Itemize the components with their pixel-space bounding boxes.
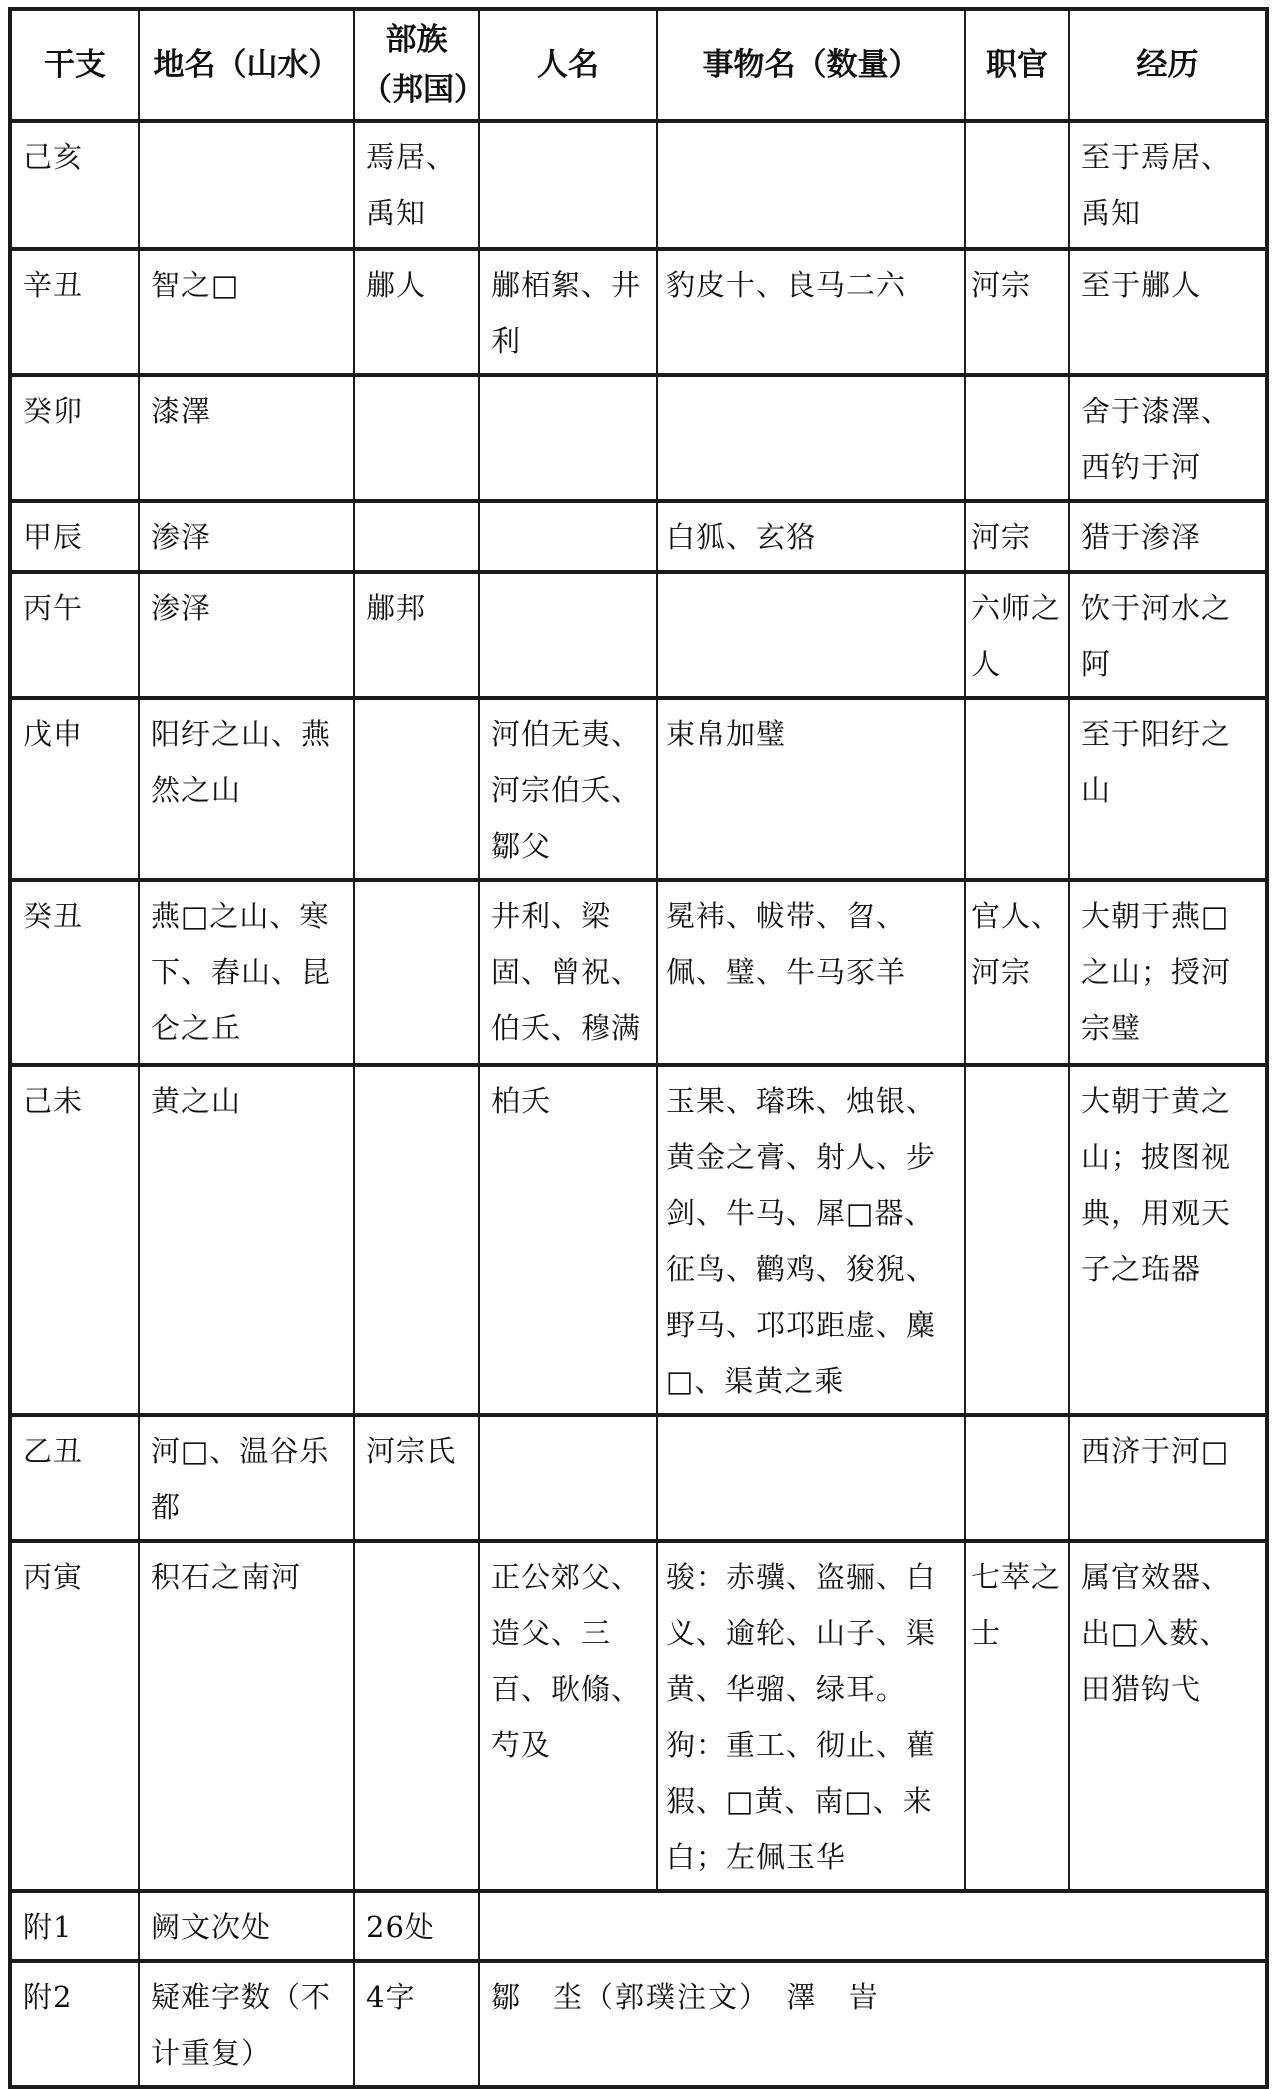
column-header-ganzhi: 干支 — [10, 9, 139, 121]
cell-exp: 至于焉居、禹知 — [1069, 121, 1267, 249]
cell-ganzhi: 丙午 — [10, 572, 139, 698]
cell-tribe — [354, 1065, 479, 1415]
cell-tribe: 䣙人 — [354, 249, 479, 375]
table-row-jihai: 己亥 焉居、禹知 至于焉居、禹知 — [10, 121, 1267, 249]
cell-place: 渗泽 — [139, 572, 354, 698]
cell-office — [965, 375, 1069, 501]
cell-thing — [657, 1415, 965, 1541]
appendix-label: 附1 — [10, 1891, 139, 1961]
cell-ganzhi: 甲辰 — [10, 501, 139, 572]
cell-thing — [657, 121, 965, 249]
appendix-note — [479, 1891, 1267, 1961]
cell-place: 河□、温谷乐都 — [139, 1415, 354, 1541]
cell-exp: 猎于渗泽 — [1069, 501, 1267, 572]
cell-place: 燕□之山、寒下、舂山、昆仑之丘 — [139, 880, 354, 1065]
cell-office — [965, 1065, 1069, 1415]
cell-place: 积石之南河 — [139, 1541, 354, 1891]
cell-ganzhi: 癸丑 — [10, 880, 139, 1065]
cell-exp: 属官效器、出□入薮、田猎钩弋 — [1069, 1541, 1267, 1891]
table-row-xinchou: 辛丑 智之□ 䣙人 䣙栢絮、井利 豹皮十、良马二六 河宗 至于䣙人 — [10, 249, 1267, 375]
header-row: 干支 地名（山水） 部族（邦国） 人名 事物名（数量） 职官 经历 — [10, 9, 1267, 121]
cell-person — [479, 375, 657, 501]
appendix-row-1: 附1 阙文次处 26处 — [10, 1891, 1267, 1961]
cell-office: 河宗 — [965, 501, 1069, 572]
cell-place: 漆澤 — [139, 375, 354, 501]
cell-person — [479, 572, 657, 698]
cell-thing: 豹皮十、良马二六 — [657, 249, 965, 375]
cell-person: 䣙栢絮、井利 — [479, 249, 657, 375]
cell-person — [479, 121, 657, 249]
column-header-place: 地名（山水） — [139, 9, 354, 121]
cell-exp: 饮于河水之阿 — [1069, 572, 1267, 698]
appendix-label: 附2 — [10, 1961, 139, 2087]
cell-ganzhi: 己未 — [10, 1065, 139, 1415]
cell-office — [965, 698, 1069, 880]
table-row-yichou: 乙丑 河□、温谷乐都 河宗氏 西济于河□ — [10, 1415, 1267, 1541]
cell-place: 智之□ — [139, 249, 354, 375]
appendix-count: 4字 — [354, 1961, 479, 2087]
column-header-person: 人名 — [479, 9, 657, 121]
table-row-wushen: 戊申 阳纡之山、燕然之山 河伯无夷、河宗伯夭、鄒父 束帛加璧 至于阳纡之山 — [10, 698, 1267, 880]
cell-thing: 白狐、玄狢 — [657, 501, 965, 572]
cell-thing — [657, 572, 965, 698]
cell-ganzhi: 癸卯 — [10, 375, 139, 501]
cell-tribe: 焉居、禹知 — [354, 121, 479, 249]
cell-person: 井利、梁固、曾祝、伯夭、穆满 — [479, 880, 657, 1065]
cell-ganzhi: 己亥 — [10, 121, 139, 249]
itinerary-table: 干支 地名（山水） 部族（邦国） 人名 事物名（数量） 职官 经历 己亥 焉居、… — [8, 7, 1269, 2089]
cell-tribe: 河宗氏 — [354, 1415, 479, 1541]
cell-ganzhi: 戊申 — [10, 698, 139, 880]
cell-exp: 至于阳纡之山 — [1069, 698, 1267, 880]
cell-exp: 西济于河□ — [1069, 1415, 1267, 1541]
cell-thing: 骏：赤骥、盗骊、白义、逾轮、山子、渠黄、华骝、绿耳。狗：重工、彻止、雚猳、□黄、… — [657, 1541, 965, 1891]
book-page: 干支 地名（山水） 部族（邦国） 人名 事物名（数量） 职官 经历 己亥 焉居、… — [0, 0, 1273, 1868]
cell-office: 河宗 — [965, 249, 1069, 375]
column-header-office: 职官 — [965, 9, 1069, 121]
cell-tribe: 䣙邦 — [354, 572, 479, 698]
column-header-thing: 事物名（数量） — [657, 9, 965, 121]
cell-office: 官人、河宗 — [965, 880, 1069, 1065]
cell-place: 阳纡之山、燕然之山 — [139, 698, 354, 880]
table-row-guichou: 癸丑 燕□之山、寒下、舂山、昆仑之丘 井利、梁固、曾祝、伯夭、穆满 冕袆、帗带、… — [10, 880, 1267, 1065]
cell-thing: 束帛加璧 — [657, 698, 965, 880]
cell-person — [479, 1415, 657, 1541]
cell-person: 柏夭 — [479, 1065, 657, 1415]
cell-exp: 舍于漆澤、西钓于河 — [1069, 375, 1267, 501]
column-header-exp: 经历 — [1069, 9, 1267, 121]
table-row-bingyin: 丙寅 积石之南河 正公郊父、造父、三百、耿翛、芍及 骏：赤骥、盗骊、白义、逾轮、… — [10, 1541, 1267, 1891]
appendix-row-2: 附2 疑难字数（不计重复） 4字 鄒 坔（郭璞注文） 澤 峕 — [10, 1961, 1267, 2087]
cell-tribe — [354, 375, 479, 501]
column-header-tribe: 部族（邦国） — [354, 9, 479, 121]
cell-tribe — [354, 501, 479, 572]
cell-exp: 大朝于黄之山；披图视典，用观天子之珤器 — [1069, 1065, 1267, 1415]
cell-person: 正公郊父、造父、三百、耿翛、芍及 — [479, 1541, 657, 1891]
cell-office — [965, 1415, 1069, 1541]
cell-office — [965, 121, 1069, 249]
cell-exp: 至于䣙人 — [1069, 249, 1267, 375]
table-row-jiachen: 甲辰 渗泽 白狐、玄狢 河宗 猎于渗泽 — [10, 501, 1267, 572]
cell-place: 黄之山 — [139, 1065, 354, 1415]
cell-tribe — [354, 698, 479, 880]
appendix-note: 鄒 坔（郭璞注文） 澤 峕 — [479, 1961, 1267, 2087]
cell-tribe — [354, 1541, 479, 1891]
cell-place — [139, 121, 354, 249]
cell-thing: 冕袆、帗带、曶、佩、璧、牛马豕羊 — [657, 880, 965, 1065]
cell-exp: 大朝于燕□之山；授河宗璧 — [1069, 880, 1267, 1065]
appendix-item: 疑难字数（不计重复） — [139, 1961, 354, 2087]
cell-thing: 玉果、璿珠、烛银、黄金之膏、射人、步剑、牛马、犀□器、征鸟、鹳鸡、狻猊、野马、邛… — [657, 1065, 965, 1415]
appendix-item: 阙文次处 — [139, 1891, 354, 1961]
table-row-jiwei: 己未 黄之山 柏夭 玉果、璿珠、烛银、黄金之膏、射人、步剑、牛马、犀□器、征鸟、… — [10, 1065, 1267, 1415]
cell-ganzhi: 丙寅 — [10, 1541, 139, 1891]
appendix-count: 26处 — [354, 1891, 479, 1961]
table-row-bingwu: 丙午 渗泽 䣙邦 六师之人 饮于河水之阿 — [10, 572, 1267, 698]
cell-person: 河伯无夷、河宗伯夭、鄒父 — [479, 698, 657, 880]
cell-ganzhi: 乙丑 — [10, 1415, 139, 1541]
cell-person — [479, 501, 657, 572]
cell-ganzhi: 辛丑 — [10, 249, 139, 375]
table-row-guimao: 癸卯 漆澤 舍于漆澤、西钓于河 — [10, 375, 1267, 501]
cell-office: 六师之人 — [965, 572, 1069, 698]
cell-thing — [657, 375, 965, 501]
cell-office: 七萃之士 — [965, 1541, 1069, 1891]
cell-tribe — [354, 880, 479, 1065]
cell-place: 渗泽 — [139, 501, 354, 572]
